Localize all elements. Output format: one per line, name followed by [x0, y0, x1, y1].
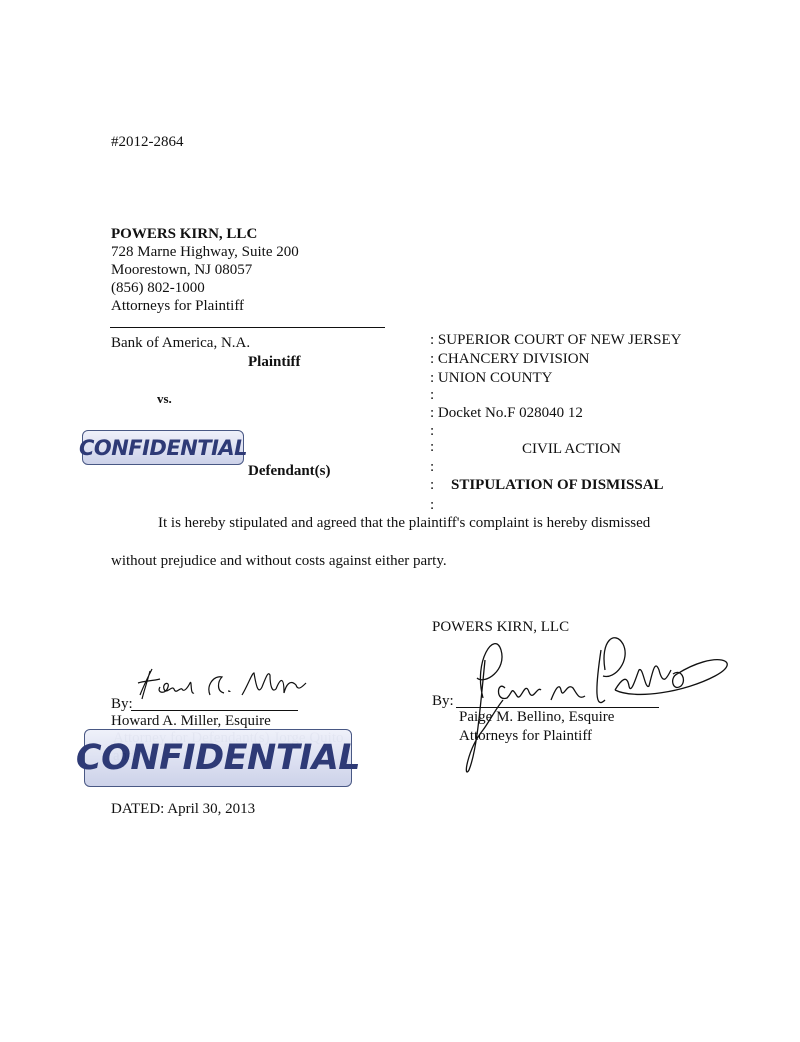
versus: vs.	[157, 390, 172, 408]
signer-name-left: Howard A. Miller, Esquire	[111, 712, 271, 730]
signature-miller	[130, 665, 310, 705]
firm-role: Attorneys for Plaintiff	[111, 297, 244, 315]
firm-phone: (856) 802-1000	[111, 279, 205, 297]
document-number: #2012-2864	[111, 133, 184, 151]
confidential-stamp-large: CONFIDENTIAL	[84, 729, 352, 787]
court-name: : SUPERIOR COURT OF NEW JERSEY	[430, 331, 682, 349]
defendant-label: Defendant(s)	[248, 462, 331, 480]
firm-address-line2: Moorestown, NJ 08057	[111, 261, 252, 279]
document-title: STIPULATION OF DISMISSAL	[451, 476, 664, 494]
civil-action: CIVIL ACTION	[522, 440, 621, 458]
caption-rule	[110, 327, 385, 328]
signature-line-left	[131, 710, 298, 711]
signature-by-right: By:	[432, 692, 454, 710]
dated-line: DATED: April 30, 2013	[111, 800, 255, 818]
firm-address-line1: 728 Marne Highway, Suite 200	[111, 243, 299, 261]
caption-colon: :	[430, 458, 434, 476]
caption-colon: :	[430, 386, 434, 404]
plaintiff-name: Bank of America, N.A.	[111, 334, 250, 352]
docket-number: : Docket No.F 028040 12	[430, 404, 583, 422]
court-division: : CHANCERY DIVISION	[430, 350, 589, 368]
caption-colon: :	[430, 438, 434, 456]
body-line-1: It is hereby stipulated and agreed that …	[158, 514, 650, 532]
caption-colon: :	[430, 496, 434, 514]
caption-colon: :	[430, 476, 434, 494]
plaintiff-label: Plaintiff	[248, 353, 301, 371]
confidential-stamp: CONFIDENTIAL	[82, 430, 244, 465]
signature-bellino	[455, 630, 735, 790]
firm-name: POWERS KIRN, LLC	[111, 225, 257, 243]
signature-by-left: By:	[111, 695, 133, 713]
court-county: : UNION COUNTY	[430, 369, 553, 387]
body-line-2: without prejudice and without costs agai…	[111, 552, 447, 570]
